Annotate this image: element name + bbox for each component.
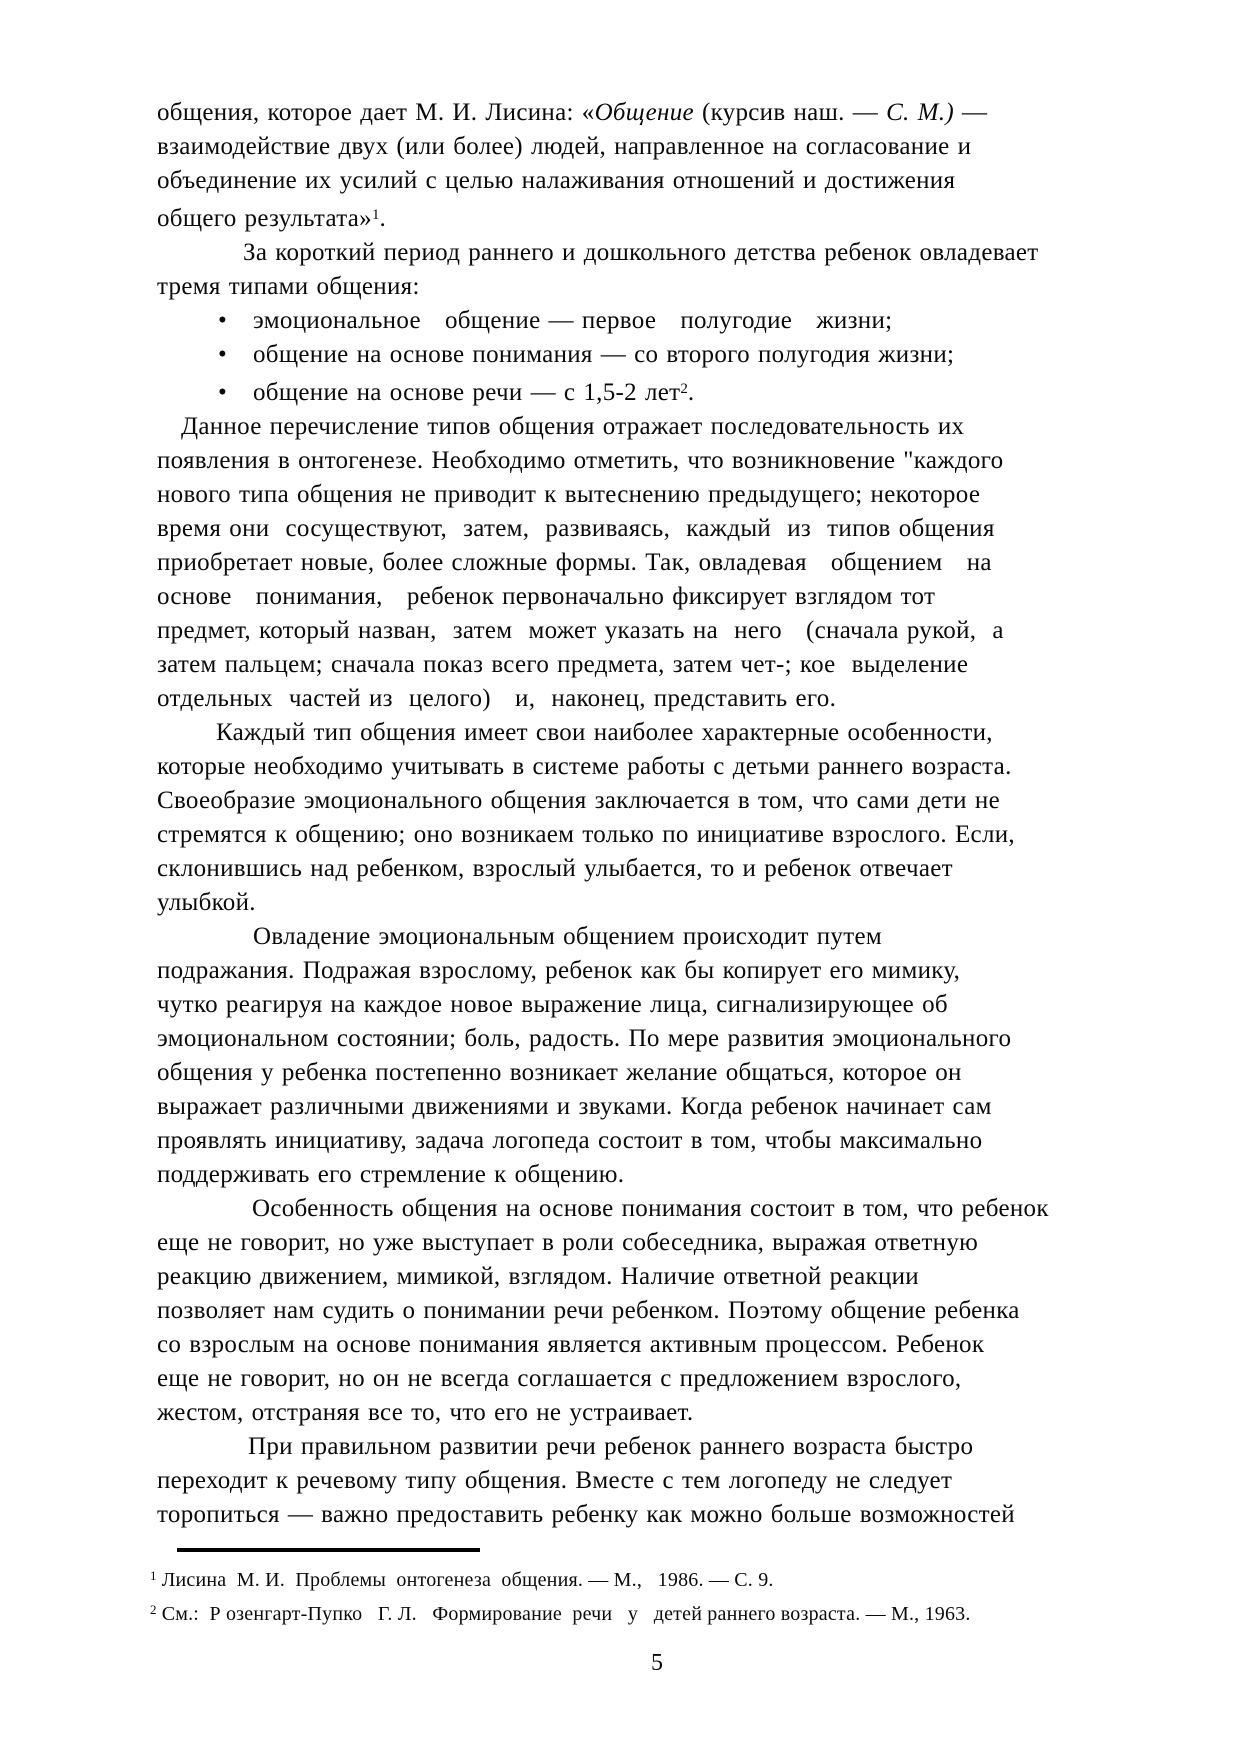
text-line: подражания. Подражая взрослому, ребенок … [157,954,1137,988]
footnote: 2 См.: Р озенгарт-Пупко Г. Л. Формирован… [150,1595,1160,1629]
body-text: общения, которое дает М. И. Лисина: «Общ… [157,96,1137,1532]
text-line: объединение их усилий с целью налаживани… [157,164,1137,198]
text-line: со взрослым на основе понимания является… [157,1328,1137,1362]
text-line: Каждый тип общения имеет свои наиболее х… [157,716,1137,750]
bullet-icon: • [218,376,253,410]
footnote-separator [177,1548,480,1552]
text-line: общения у ребенка постепенно возникает ж… [157,1056,1137,1090]
text-line: торопиться — важно предоставить ребенку … [157,1498,1137,1532]
bullet-text: эмоциональное общение — первое полугодие… [253,307,892,334]
italic-text: С. М.) [886,99,954,126]
italic-text: Общение [595,99,694,126]
communication-types-list: •эмоциональное общение — первое полугоди… [157,304,1137,410]
text-line: стремятся к общению; оно возникаем тольк… [157,818,1137,852]
bullet-icon: • [218,338,253,372]
text-line: предмет, который назван, затем может ука… [157,614,1137,648]
text-line: Овладение эмоциональным общением происхо… [157,920,1137,954]
text-line: поддерживать его стремление к общению. [157,1158,1137,1192]
text-line: время они сосуществуют, затем, развиваяс… [157,512,1137,546]
paragraph-ontogenesis: Данное перечисление типов общения отража… [157,410,1137,716]
paragraph-speech-development: При правильном развитии речи ребенок ран… [157,1430,1137,1532]
text-line: еще не говорит, но он не всегда соглашае… [157,1362,1137,1396]
text-line: взаимодействие двух (или более) людей, н… [157,130,1137,164]
document-page: общения, которое дает М. И. Лисина: «Общ… [0,0,1240,1754]
text-line: появления в онтогенезе. Необходимо отмет… [157,444,1137,478]
text-line: переходит к речевому типу общения. Вмест… [157,1464,1137,1498]
page-number: 5 [157,1650,1157,1677]
text-line: За короткий период раннего и дошкольного… [157,236,1137,270]
footnote-marker: 1 [150,1568,157,1583]
text-line: общения, которое дает М. И. Лисина: «Общ… [157,96,1137,130]
bullet-item: •общение на основе понимания — со второг… [157,338,1137,372]
text-line: выражает различными движениями и звуками… [157,1090,1137,1124]
bullet-icon: • [218,304,253,338]
text-line: Особенность общения на основе понимания … [157,1192,1137,1226]
text-line: приобретает новые, более сложные формы. … [157,546,1137,580]
footnote-marker: 2 [150,1602,157,1617]
text-line: реакцию движением, мимикой, взглядом. На… [157,1260,1137,1294]
text-line: жестом, отстраняя все то, что его не уст… [157,1396,1137,1430]
bullet-text: общение на основе речи — с 1,5-2 лет2. [253,379,694,406]
text-line: Данное перечисление типов общения отража… [157,410,1137,444]
superscript-ref: 1 [372,207,380,223]
bullet-text: общение на основе понимания — со второго… [253,341,954,368]
text-line: проявлять инициативу, задача логопеда со… [157,1124,1137,1158]
paragraph-understanding-communication: Особенность общения на основе понимания … [157,1192,1137,1430]
text-line: отдельных частей из целого) и, наконец, … [157,682,1137,716]
paragraph-lisina-definition: общения, которое дает М. И. Лисина: «Общ… [157,96,1137,236]
text-line: тремя типами общения: [157,270,1137,304]
text-line: улыбкой. [157,886,1137,920]
paragraph-three-types-intro: За короткий период раннего и дошкольного… [157,236,1137,304]
bullet-item: •эмоциональное общение — первое полугоди… [157,304,1137,338]
text-line: нового типа общения не приводит к вытесн… [157,478,1137,512]
text-line: склонившись над ребенком, взрослый улыба… [157,852,1137,886]
text-line: При правильном развитии речи ребенок ран… [157,1430,1137,1464]
text-line: еще не говорит, но уже выступает в роли … [157,1226,1137,1260]
paragraph-emotional-mastery: Овладение эмоциональным общением происхо… [157,920,1137,1192]
text-line: затем пальцем; сначала показ всего предм… [157,648,1137,682]
text-line: эмоциональном состоянии; боль, радость. … [157,1022,1137,1056]
footnote: 1 Лисина М. И. Проблемы онтогенеза общен… [150,1561,1160,1595]
text-line: общего результата»1. [157,198,1137,236]
bullet-item: •общение на основе речи — с 1,5-2 лет2. [157,372,1137,410]
paragraph-type-characteristics: Каждый тип общения имеет свои наиболее х… [157,716,1137,920]
footnotes: 1 Лисина М. И. Проблемы онтогенеза общен… [150,1561,1160,1629]
text-line: основе понимания, ребенок первоначально … [157,580,1137,614]
superscript-ref: 2 [680,381,688,397]
text-line: Своеобразие эмоционального общения заклю… [157,784,1137,818]
text-line: которые необходимо учитывать в системе р… [157,750,1137,784]
text-line: чутко реагируя на каждое новое выражение… [157,988,1137,1022]
text-line: позволяет нам судить о понимании речи ре… [157,1294,1137,1328]
